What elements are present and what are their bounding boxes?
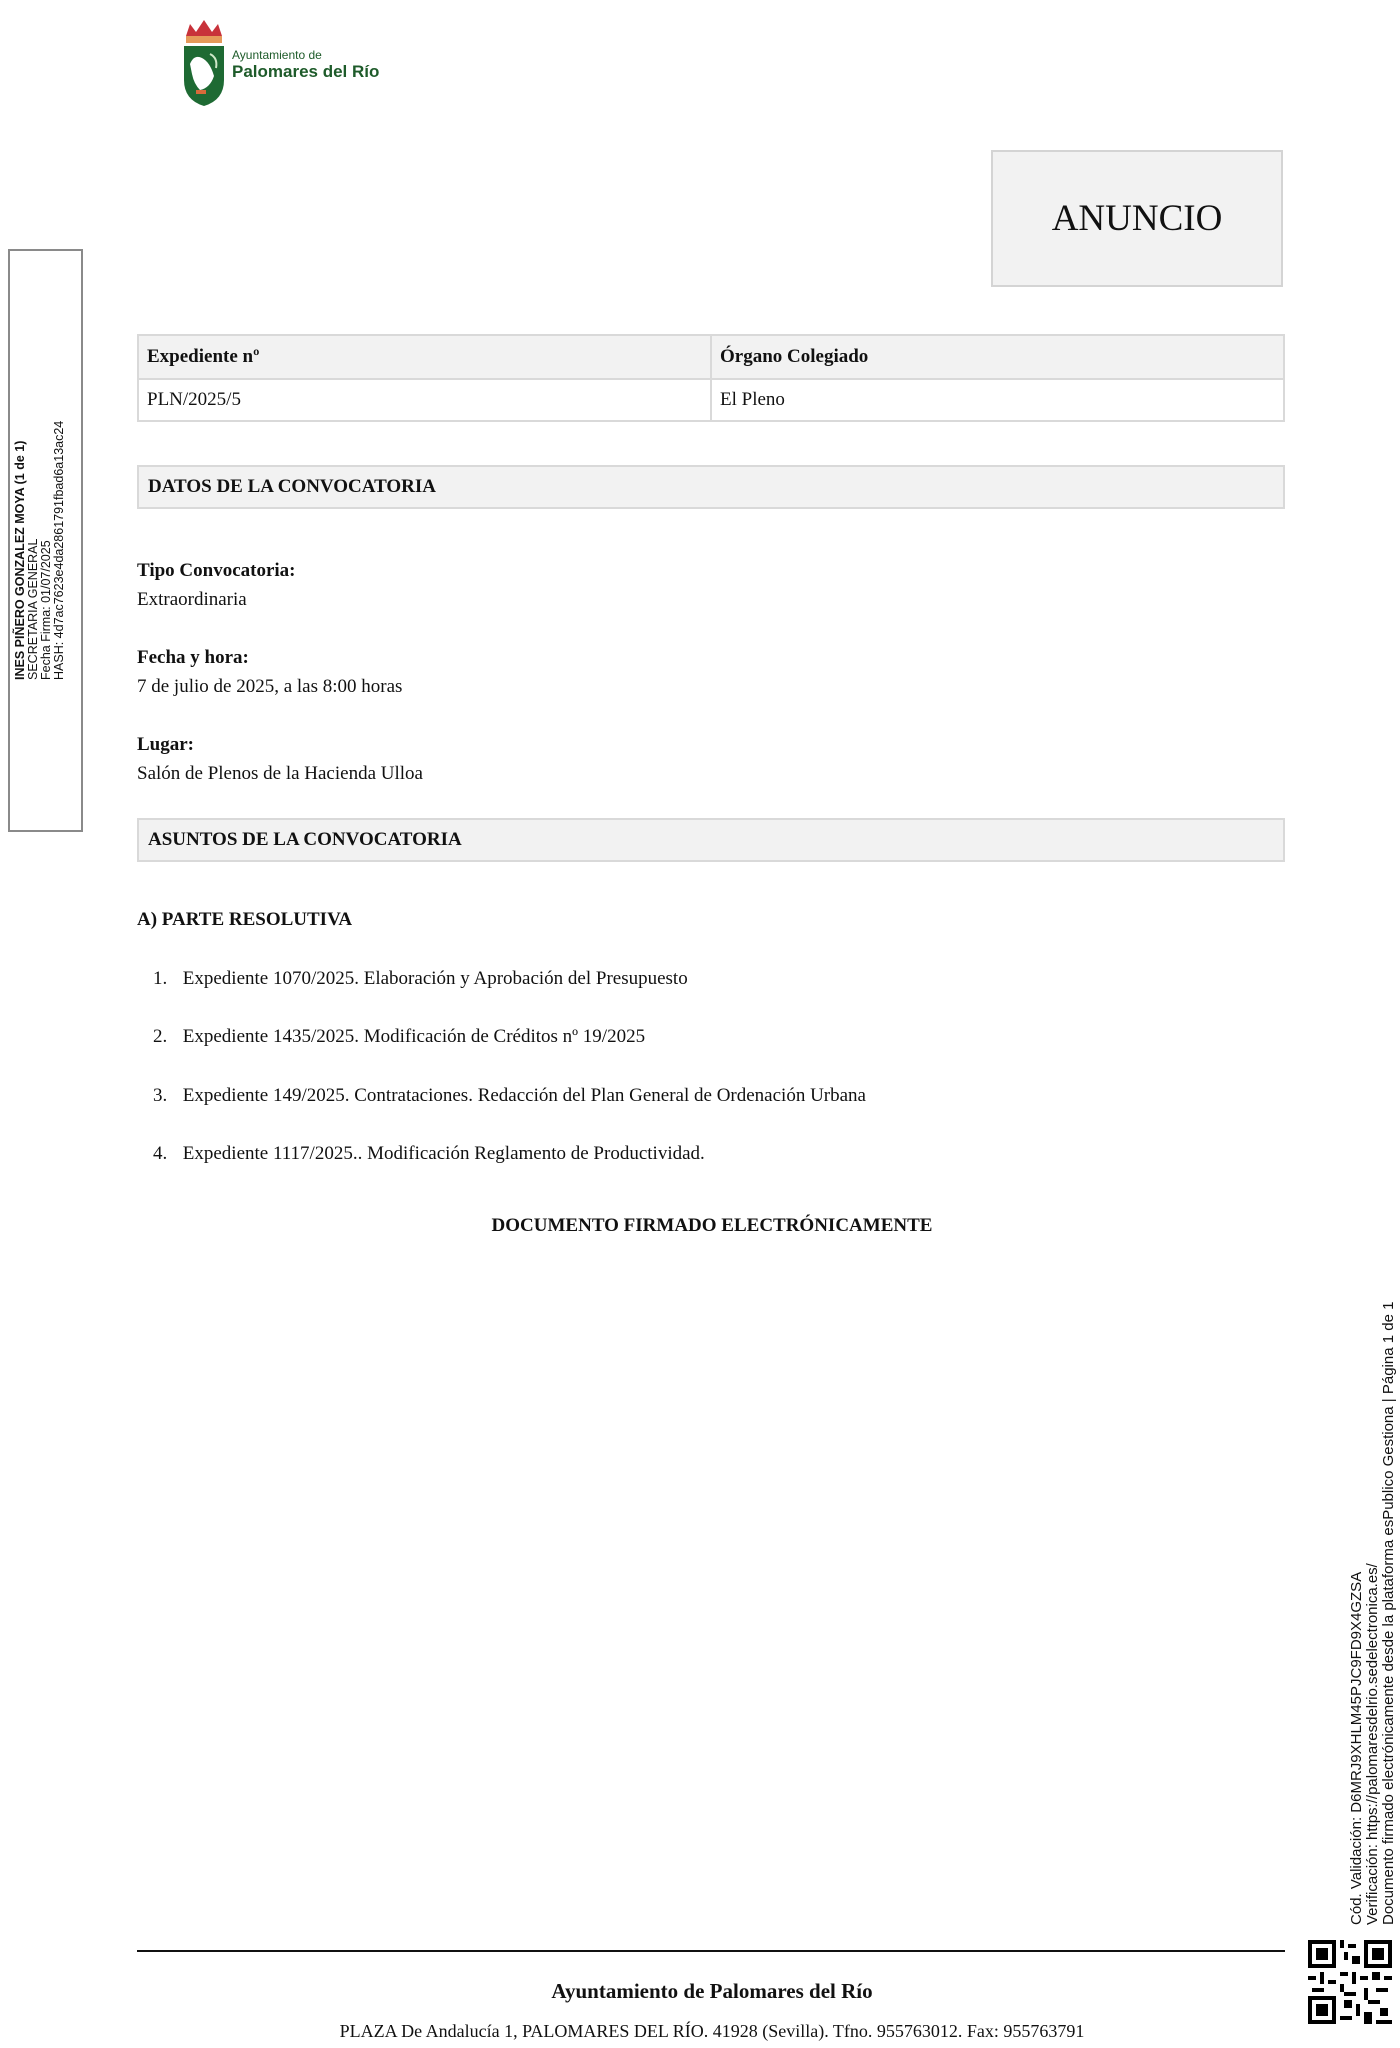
logo-line1: Ayuntamiento de [232,48,379,62]
municipality-logo: Ayuntamiento de Palomares del Río [180,18,380,108]
parte-resolutiva-heading: A) PARTE RESOLUTIVA [137,909,352,931]
verification-url[interactable]: Verificación: https://palomaresdelrio.se… [1365,1302,1381,1925]
field-value: Salón de Plenos de la Hacienda Ulloa [137,759,423,788]
signature-hash: HASH: 4d7ac7623e4da2861791fbad6a13ac24 [53,421,66,680]
agenda-item-text: Expediente 1117/2025.. Modificación Regl… [183,1143,705,1164]
platform-note: Documento firmado electrónicamente desde… [1381,1302,1397,1925]
section-asuntos-convocatoria: ASUNTOS DE LA CONVOCATORIA [137,818,1285,862]
verification-block: Cód. Validación: D6MRJ9XHLM45PJC9FD9X4GZ… [1349,1302,1397,1925]
agenda-item-text: Expediente 1435/2025. Modificación de Cr… [183,1026,645,1047]
agenda-item: 3. Expediente 149/2025. Contrataciones. … [153,1085,866,1107]
agenda-item: 4. Expediente 1117/2025.. Modificación R… [153,1143,705,1165]
agenda-item-number: 2. [153,1026,178,1048]
footer-organization: Ayuntamiento de Palomares del Río [0,1979,1400,2004]
section-title: DATOS DE LA CONVOCATORIA [148,476,436,498]
document-type-title: ANUNCIO [1052,197,1223,240]
field-value: 7 de julio de 2025, a las 8:00 horas [137,672,402,701]
agenda-item-text: Expediente 1070/2025. Elaboración y Apro… [183,968,688,989]
table-row: PLN/2025/5 El Pleno [138,379,1284,421]
value-expediente: PLN/2025/5 [138,379,711,421]
agenda-item-text: Expediente 149/2025. Contrataciones. Red… [183,1085,866,1106]
table-header-row: Expediente nº Órgano Colegiado [138,335,1284,379]
coat-of-arms-icon [180,18,228,106]
agenda-item: 2. Expediente 1435/2025. Modificación de… [153,1026,645,1048]
header-organo: Órgano Colegiado [711,335,1284,379]
electronically-signed-notice: DOCUMENTO FIRMADO ELECTRÓNICAMENTE [0,1215,1400,1237]
expediente-table: Expediente nº Órgano Colegiado PLN/2025/… [137,334,1285,422]
footer-divider [137,1950,1285,1952]
field-lugar: Lugar: Salón de Plenos de la Hacienda Ul… [137,730,423,788]
agenda-item-number: 4. [153,1143,178,1165]
agenda-item-number: 1. [153,968,178,990]
signature-stamp: INES PIÑERO GONZALEZ MOYA (1 de 1) SECRE… [14,421,66,680]
header-expediente: Expediente nº [138,335,711,379]
section-datos-convocatoria: DATOS DE LA CONVOCATORIA [137,465,1285,509]
field-label: Lugar: [137,730,423,759]
footer-address: PLAZA De Andalucía 1, PALOMARES DEL RÍO.… [0,2021,1400,2042]
agenda-item: 1. Expediente 1070/2025. Elaboración y A… [153,968,688,990]
section-title: ASUNTOS DE LA CONVOCATORIA [148,829,462,851]
logo-line2: Palomares del Río [232,62,379,82]
field-fecha-hora: Fecha y hora: 7 de julio de 2025, a las … [137,643,402,701]
validation-code: Cód. Validación: D6MRJ9XHLM45PJC9FD9X4GZ… [1349,1302,1365,1925]
field-tipo-convocatoria: Tipo Convocatoria: Extraordinaria [137,556,296,614]
field-value: Extraordinaria [137,585,296,614]
document-type-box: ANUNCIO [991,150,1283,287]
field-label: Tipo Convocatoria: [137,556,296,585]
value-organo: El Pleno [711,379,1284,421]
field-label: Fecha y hora: [137,643,402,672]
agenda-item-number: 3. [153,1085,178,1107]
